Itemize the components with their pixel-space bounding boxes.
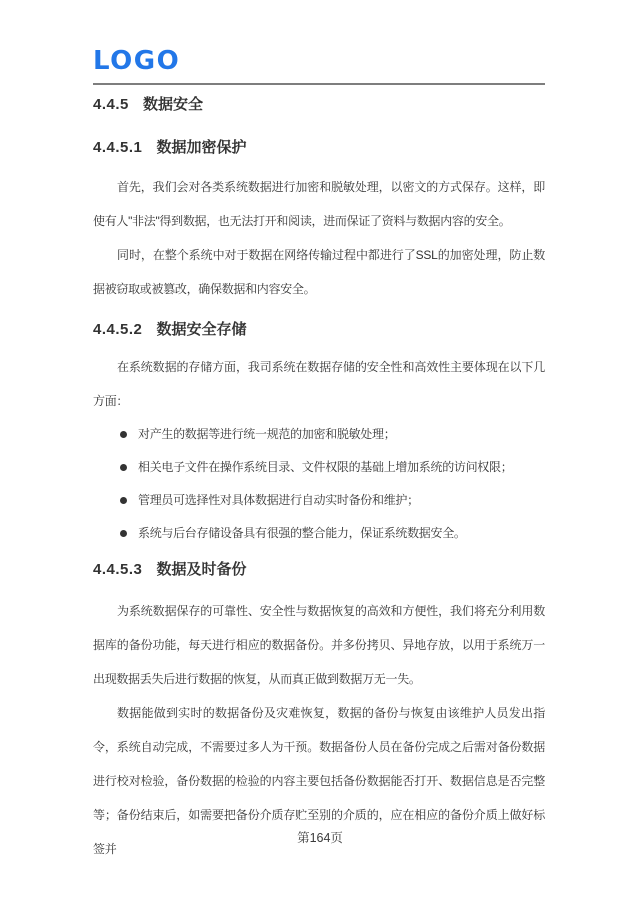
section-title: 数据安全	[143, 96, 203, 113]
section-title: 数据加密保护	[157, 139, 247, 156]
section-number: 4.4.5.2	[93, 321, 142, 338]
page-number: 第164页	[0, 828, 640, 846]
section-heading-4-4-5: 4.4.5 数据安全	[93, 95, 545, 115]
bullet-text: 管理员可选择性对具体数据进行自动实时备份和维护；	[138, 493, 419, 507]
logo: LOGO	[93, 47, 545, 75]
section-title: 数据安全存储	[157, 321, 247, 338]
paragraph-backup-1: 为系统数据保存的可靠性、安全性与数据恢复的高效和方便性，我们将充分利用数据库的备…	[93, 594, 545, 696]
bullet-item: 相关电子文件在操作系统目录、文件权限的基础上增加系统的访问权限；	[93, 451, 545, 484]
bullet-item: 系统与后台存储设备具有很强的整合能力，保证系统数据安全。	[93, 517, 545, 550]
section-heading-4-4-5-1: 4.4.5.1 数据加密保护	[93, 138, 545, 158]
bullet-item: 对产生的数据等进行统一规范的加密和脱敏处理；	[93, 418, 545, 451]
bullet-icon	[120, 464, 127, 471]
section-number: 4.4.5.3	[93, 561, 142, 578]
bullet-icon	[120, 497, 127, 504]
bullet-text: 系统与后台存储设备具有很强的整合能力，保证系统数据安全。	[138, 526, 466, 540]
document-page: LOGO 4.4.5 数据安全 4.4.5.1 数据加密保护 首先，我们会对各类…	[0, 0, 640, 906]
section-heading-4-4-5-3: 4.4.5.3 数据及时备份	[93, 560, 545, 580]
bullet-text: 相关电子文件在操作系统目录、文件权限的基础上增加系统的访问权限；	[138, 460, 512, 474]
bullet-item: 管理员可选择性对具体数据进行自动实时备份和维护；	[93, 484, 545, 517]
paragraph-encryption-2: 同时，在整个系统中对于数据在网络传输过程中都进行了SSL的加密处理，防止数据被窃…	[93, 238, 545, 306]
bullet-text: 对产生的数据等进行统一规范的加密和脱敏处理；	[138, 427, 395, 441]
bullet-icon	[120, 431, 127, 438]
section-number: 4.4.5	[93, 96, 129, 113]
paragraph-encryption-1: 首先，我们会对各类系统数据进行加密和脱敏处理，以密文的方式保存。这样，即使有人"…	[93, 170, 545, 238]
bullet-icon	[120, 530, 127, 537]
paragraph-storage-intro: 在系统数据的存储方面，我司系统在数据存储的安全性和高效性主要体现在以下几方面：	[93, 350, 545, 418]
section-number: 4.4.5.1	[93, 139, 142, 156]
bullet-list: 对产生的数据等进行统一规范的加密和脱敏处理； 相关电子文件在操作系统目录、文件权…	[93, 418, 545, 550]
header-divider	[93, 83, 545, 85]
section-heading-4-4-5-2: 4.4.5.2 数据安全存储	[93, 320, 545, 340]
document-content: LOGO 4.4.5 数据安全 4.4.5.1 数据加密保护 首先，我们会对各类…	[0, 47, 640, 866]
section-title: 数据及时备份	[157, 561, 247, 578]
